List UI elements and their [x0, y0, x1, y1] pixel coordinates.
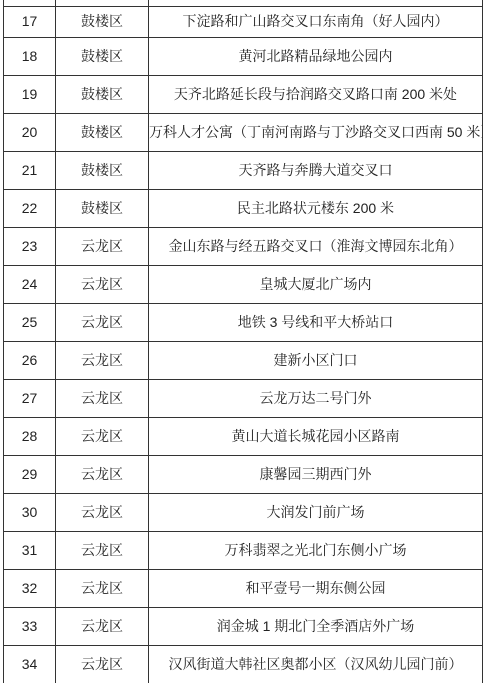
district-cell: 云龙区 [56, 607, 149, 645]
district-cell: 云龙区 [56, 227, 149, 265]
table-row: 27云龙区云龙万达二号门外 [4, 379, 483, 417]
location-cell: 和平壹号一期东侧公园 [149, 569, 483, 607]
table-row: 26云龙区建新小区门口 [4, 341, 483, 379]
table-row: 33云龙区润金城 1 期北门全季酒店外广场 [4, 607, 483, 645]
row-number-cell: 24 [4, 265, 56, 303]
table-row: 25云龙区地铁 3 号线和平大桥站口 [4, 303, 483, 341]
row-number-cell: 23 [4, 227, 56, 265]
location-cell: 万科翡翠之光北门东侧小广场 [149, 531, 483, 569]
district-cell: 云龙区 [56, 379, 149, 417]
location-cell: 皇城大厦北广场内 [149, 265, 483, 303]
district-cell: 鼓楼区 [56, 151, 149, 189]
table-row: 22鼓楼区民主北路状元楼东 200 米 [4, 189, 483, 227]
district-cell: 鼓楼区 [56, 113, 149, 151]
row-number-cell: 22 [4, 189, 56, 227]
district-cell: 云龙区 [56, 569, 149, 607]
location-cell: 金山东路与经五路交叉口（淮海文博园东北角） [149, 227, 483, 265]
location-cell: 康馨园三期西门外 [149, 455, 483, 493]
location-cell: 天齐北路延长段与拾润路交叉路口南 200 米处 [149, 75, 483, 113]
row-number-cell: 19 [4, 75, 56, 113]
table-row: 29云龙区康馨园三期西门外 [4, 455, 483, 493]
table-row: 28云龙区黄山大道长城花园小区路南 [4, 417, 483, 455]
table-row: 23云龙区金山东路与经五路交叉口（淮海文博园东北角） [4, 227, 483, 265]
row-number-cell: 26 [4, 341, 56, 379]
district-cell: 云龙区 [56, 341, 149, 379]
row-number-cell: 32 [4, 569, 56, 607]
location-cell: 黄河北路精品绿地公园内 [149, 37, 483, 75]
location-cell: 民主北路状元楼东 200 米 [149, 189, 483, 227]
row-number-cell: 17 [4, 6, 56, 37]
row-number-cell: 27 [4, 379, 56, 417]
district-cell: 鼓楼区 [56, 189, 149, 227]
row-number-cell: 33 [4, 607, 56, 645]
row-number-cell: 21 [4, 151, 56, 189]
table-row: 34云龙区汉风街道大韩社区奥都小区（汉风幼儿园门前） [4, 645, 483, 683]
district-cell: 云龙区 [56, 493, 149, 531]
district-cell: 鼓楼区 [56, 75, 149, 113]
district-cell: 云龙区 [56, 265, 149, 303]
location-cell: 建新小区门口 [149, 341, 483, 379]
location-cell: 黄山大道长城花园小区路南 [149, 417, 483, 455]
row-number-cell: 30 [4, 493, 56, 531]
location-cell: 地铁 3 号线和平大桥站口 [149, 303, 483, 341]
district-cell: 云龙区 [56, 645, 149, 683]
table-row: 21鼓楼区天齐路与奔腾大道交叉口 [4, 151, 483, 189]
location-cell: 天齐路与奔腾大道交叉口 [149, 151, 483, 189]
row-number-cell: 29 [4, 455, 56, 493]
row-number-cell: 28 [4, 417, 56, 455]
district-cell: 云龙区 [56, 531, 149, 569]
location-cell: 汉风街道大韩社区奥都小区（汉风幼儿园门前） [149, 645, 483, 683]
row-number-cell: 20 [4, 113, 56, 151]
district-cell: 云龙区 [56, 303, 149, 341]
row-number-cell: 34 [4, 645, 56, 683]
row-number-cell: 25 [4, 303, 56, 341]
district-cell: 云龙区 [56, 417, 149, 455]
locations-table-body: 17鼓楼区下淀路和广山路交叉口东南角（好人园内）18鼓楼区黄河北路精品绿地公园内… [4, 0, 483, 683]
document-page: 17鼓楼区下淀路和广山路交叉口东南角（好人园内）18鼓楼区黄河北路精品绿地公园内… [0, 0, 488, 683]
table-row: 20鼓楼区万科人才公寓（丁南河南路与丁沙路交叉口西南 50 米） [4, 113, 483, 151]
table-row: 18鼓楼区黄河北路精品绿地公园内 [4, 37, 483, 75]
location-cell: 润金城 1 期北门全季酒店外广场 [149, 607, 483, 645]
district-cell: 鼓楼区 [56, 6, 149, 37]
locations-table: 17鼓楼区下淀路和广山路交叉口东南角（好人园内）18鼓楼区黄河北路精品绿地公园内… [3, 0, 483, 683]
location-cell: 下淀路和广山路交叉口东南角（好人园内） [149, 6, 483, 37]
table-row: 32云龙区和平壹号一期东侧公园 [4, 569, 483, 607]
table-row: 24云龙区皇城大厦北广场内 [4, 265, 483, 303]
location-cell: 云龙万达二号门外 [149, 379, 483, 417]
table-row: 17鼓楼区下淀路和广山路交叉口东南角（好人园内） [4, 6, 483, 37]
table-row: 19鼓楼区天齐北路延长段与拾润路交叉路口南 200 米处 [4, 75, 483, 113]
location-cell: 万科人才公寓（丁南河南路与丁沙路交叉口西南 50 米） [149, 113, 483, 151]
district-cell: 鼓楼区 [56, 37, 149, 75]
table-row: 31云龙区万科翡翠之光北门东侧小广场 [4, 531, 483, 569]
row-number-cell: 18 [4, 37, 56, 75]
location-cell: 大润发门前广场 [149, 493, 483, 531]
district-cell: 云龙区 [56, 455, 149, 493]
table-row: 30云龙区大润发门前广场 [4, 493, 483, 531]
row-number-cell: 31 [4, 531, 56, 569]
